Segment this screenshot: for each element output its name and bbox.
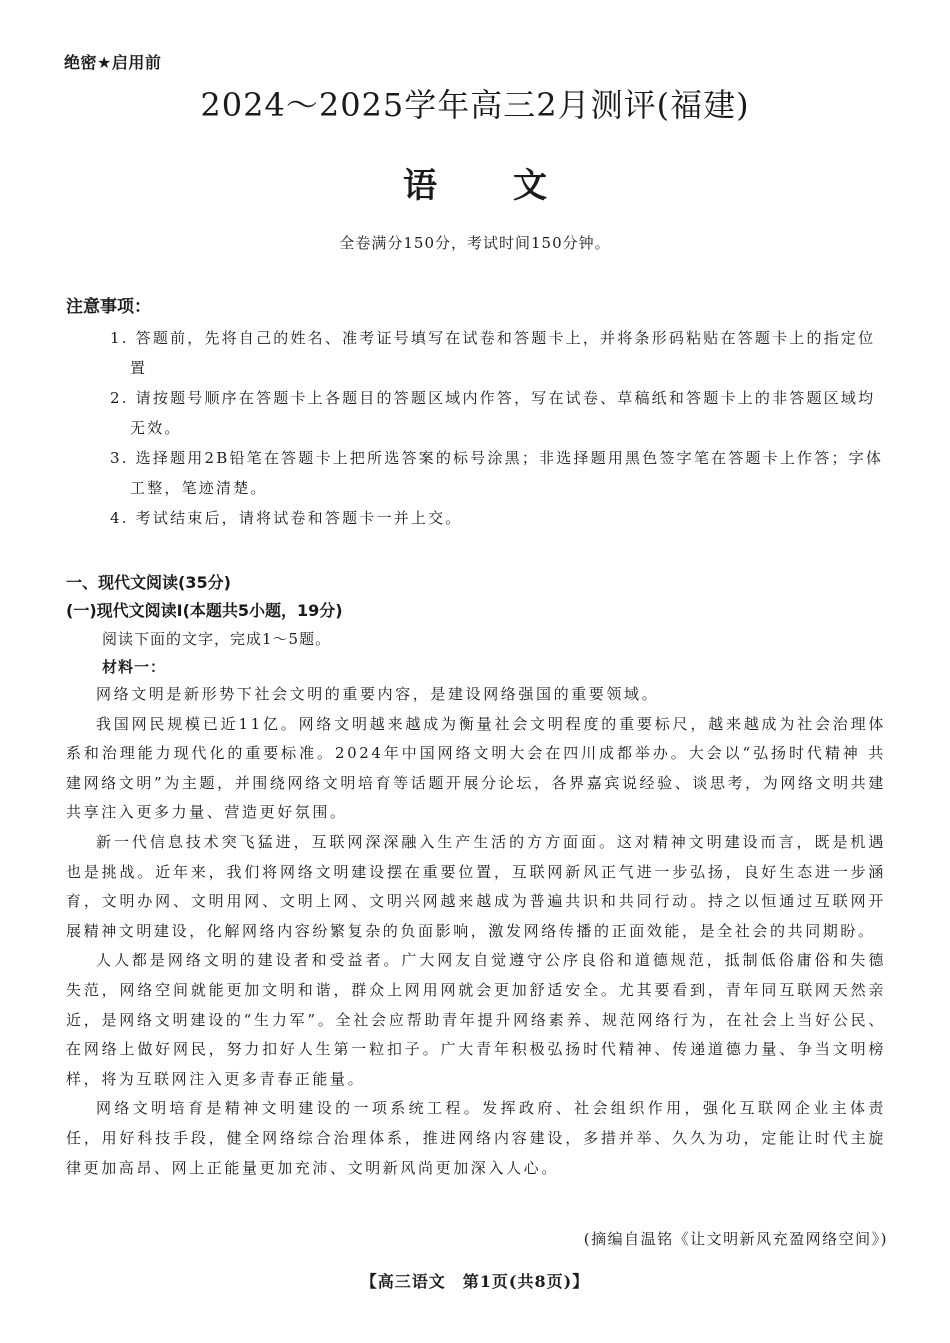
notice-item: 3. 选择题用2B铅笔在答题卡上把所选答案的标号涂黑；非选择题用黑色签字笔在答题… bbox=[110, 443, 890, 503]
exam-title: 2024～2025学年高三2月测评(福建) bbox=[0, 80, 950, 126]
passage-paragraph: 新一代信息技术突飞猛进，互联网深深融入生产生活的方方面面。这对精神文明建设而言，… bbox=[66, 828, 886, 946]
passage-paragraph: 网络文明培育是精神文明建设的一项系统工程。发挥政府、社会组织作用，强化互联网企业… bbox=[66, 1094, 886, 1183]
sub-section-title: (一)现代文阅读Ⅰ(本题共5小题，19分) bbox=[66, 598, 896, 621]
notice-item: 4. 考试结束后，请将试卷和答题卡一并上交。 bbox=[110, 503, 890, 533]
notice-item: 1. 答题前，先将自己的姓名、准考证号填写在试卷和答题卡上，并将条形码粘贴在答题… bbox=[110, 323, 890, 383]
passage-source: (摘编自温铭《让文明新风充盈网络空间》) bbox=[584, 1228, 888, 1249]
subject-char-1: 语 bbox=[403, 158, 437, 207]
notices-title: 注意事项： bbox=[66, 292, 151, 317]
material-label: 材料一： bbox=[102, 656, 166, 677]
passage: 网络文明是新形势下社会文明的重要内容，是建设网络强国的重要领域。 我国网民规模已… bbox=[66, 680, 886, 1183]
passage-paragraph: 网络文明是新形势下社会文明的重要内容，是建设网络强国的重要领域。 bbox=[66, 680, 886, 710]
exam-meta: 全卷满分150分，考试时间150分钟。 bbox=[0, 232, 950, 253]
confidential-label: 绝密★启用前 bbox=[64, 50, 161, 73]
exam-page: 绝密★启用前 2024～2025学年高三2月测评(福建) 语文 全卷满分150分… bbox=[0, 0, 950, 1343]
notice-item: 2. 请按题号顺序在答题卡上各题目的答题区域内作答，写在试卷、草稿纸和答题卡上的… bbox=[110, 383, 890, 443]
reading-instruction: 阅读下面的文字，完成1～5题。 bbox=[102, 628, 331, 649]
page-footer: 【高三语文 第1页(共8页)】 bbox=[0, 1269, 950, 1292]
subject-title: 语文 bbox=[0, 158, 950, 207]
passage-paragraph: 人人都是网络文明的建设者和受益者。广大网友自觉遵守公序良俗和道德规范，抵制低俗庸… bbox=[66, 946, 886, 1094]
subject-char-2: 文 bbox=[513, 158, 547, 207]
passage-paragraph: 我国网民规模已近11亿。网络文明越来越成为衡量社会文明程度的重要标尺，越来越成为… bbox=[66, 710, 886, 828]
part-title: 一、现代文阅读(35分) bbox=[66, 570, 896, 593]
notices-list: 1. 答题前，先将自己的姓名、准考证号填写在试卷和答题卡上，并将条形码粘贴在答题… bbox=[110, 323, 890, 533]
